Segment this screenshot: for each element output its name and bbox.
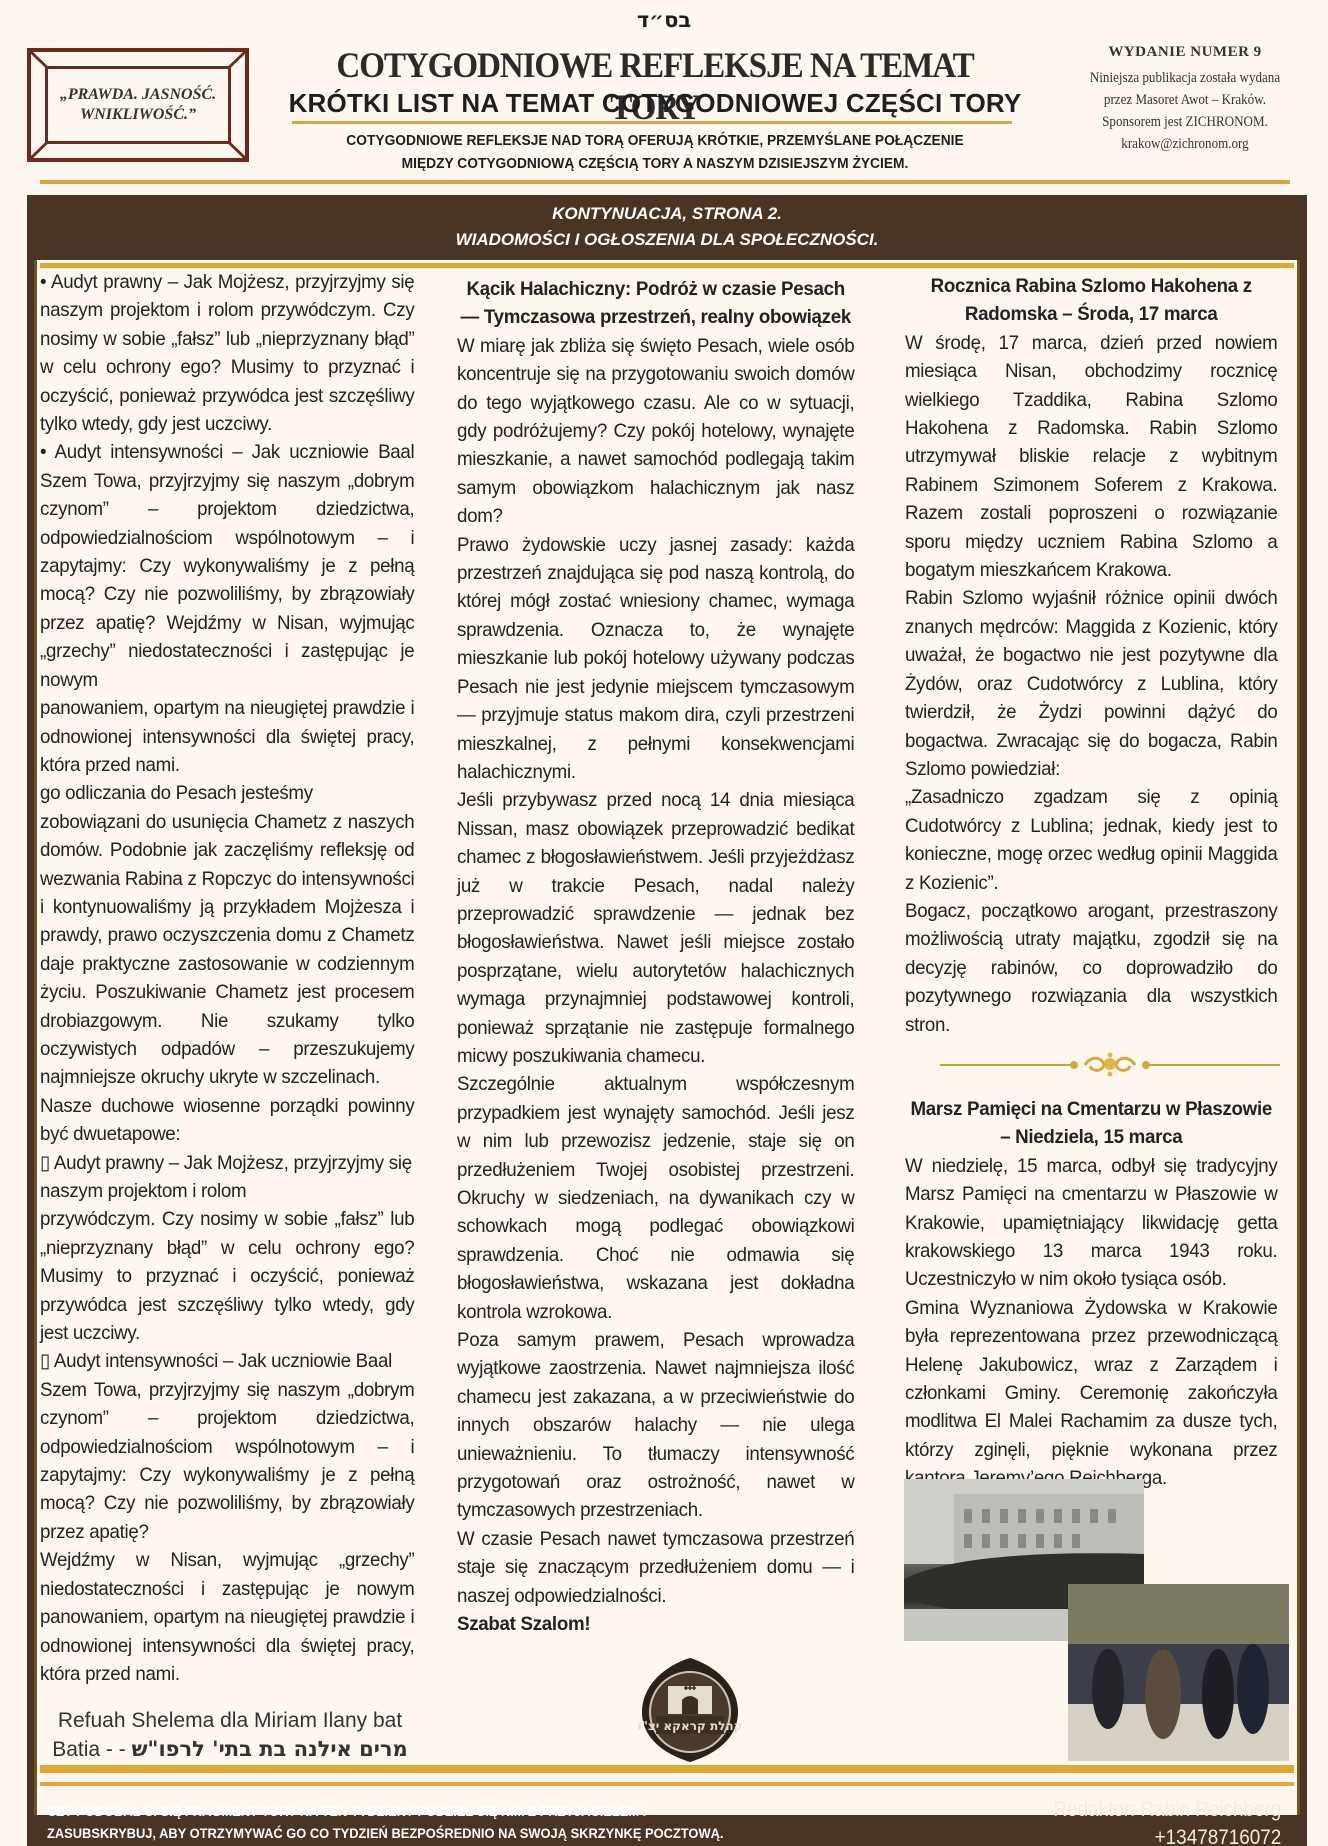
phone-number[interactable]: +13478716072 bbox=[1053, 1824, 1281, 1846]
closing-greeting: Szabat Szalom! bbox=[457, 1610, 854, 1638]
subscribe-call-to-action: CZY PODOBAŁ CI SIĘ FRAGMENT TORY NA TEN … bbox=[47, 1800, 801, 1844]
motto-box: „PRAWDA. JASNOŚĆ. WNIKLIWOŚĆ.” bbox=[27, 48, 249, 162]
editor-info: Redaktor: Rabin Reichberg +13478716072 bbox=[1053, 1796, 1281, 1846]
edition-info: WYDANIE NUMER 9 Niniejsza publikacja zos… bbox=[1060, 44, 1310, 155]
edition-number: WYDANIE NUMER 9 bbox=[1060, 44, 1310, 61]
motto-text: „PRAWDA. JASNOŚĆ. WNIKLIWOŚĆ.” bbox=[60, 85, 216, 125]
title-divider bbox=[292, 121, 1012, 124]
bottom-gold-rule bbox=[40, 1765, 1294, 1773]
kehilla-logo-icon: קהלת קראקא יצ"ו bbox=[638, 1656, 742, 1764]
bottom-thin-rule bbox=[40, 1782, 1294, 1786]
gold-ornament-divider-icon bbox=[940, 1052, 1280, 1078]
svg-text:קהלת קראקא יצ"ו: קהלת קראקא יצ"ו bbox=[638, 1719, 742, 1733]
anniversary-heading: Rocznica Rabina Szlomo Hakohena z Radoms… bbox=[905, 272, 1277, 329]
column-halacha: Kącik Halachiczny: Podróż w czasie Pesac… bbox=[457, 275, 854, 1639]
footer: CZY PODOBAŁ CI SIĘ FRAGMENT TORY NA TEN … bbox=[27, 1796, 1307, 1846]
newsletter-subtitle: KRÓTKI LIST NA TEMAT COTYGODNIOWEJ CZĘŚC… bbox=[270, 88, 1040, 119]
section-banner: KONTYNUACJA, STRONA 2. WIADOMOŚCI I OGŁO… bbox=[27, 195, 1307, 259]
column-reflection: • Audyt prawny – Jak Mojżesz, przyjrzyjm… bbox=[40, 268, 414, 1688]
publisher-info: Niniejsza publikacja została wydana prze… bbox=[1073, 67, 1298, 155]
memorial-march-photo-icon bbox=[1068, 1584, 1289, 1761]
header-divider bbox=[40, 180, 1290, 184]
newsletter-description: COTYGODNIOWE REFLEKSJE NAD TORĄ OFERUJĄ … bbox=[318, 130, 993, 176]
refuah-shelema-note: Refuah Shelema dla Miriam Ilany bat Bati… bbox=[40, 1706, 420, 1764]
memorial-march-photo bbox=[1068, 1584, 1289, 1761]
halacha-heading: Kącik Halachiczny: Podróż w czasie Pesac… bbox=[457, 275, 854, 332]
march-heading: Marsz Pamięci na Cmentarzu w Płaszowie –… bbox=[905, 1095, 1277, 1152]
email-link[interactable]: krakow@zichronom.org bbox=[1073, 133, 1298, 155]
bsd-header: בס״ד bbox=[0, 8, 1328, 32]
column-news: Rocznica Rabina Szlomo Hakohena z Radoms… bbox=[905, 272, 1277, 1493]
